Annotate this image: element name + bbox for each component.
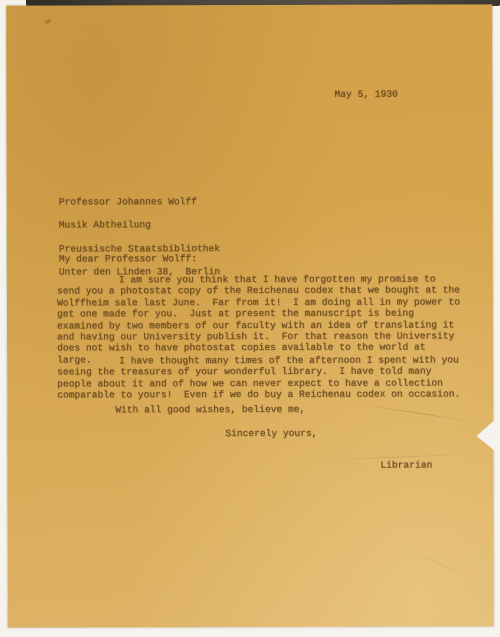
- letter-paper: May 5, 1930 Professor Johannes Wolff Mus…: [6, 4, 494, 627]
- salutation: My dear Professor Wolff:: [59, 253, 197, 265]
- body-paragraph-1: I am sure you think that I have forgotte…: [57, 273, 461, 365]
- ink-speck: [44, 18, 52, 24]
- recipient-name: Professor Johannes Wolff: [59, 196, 197, 207]
- signature-title: Librarian: [380, 460, 432, 472]
- paper-crease: [401, 546, 484, 583]
- paper-crease: [358, 403, 477, 422]
- closing-line: With all good wishes, believe me,: [115, 404, 305, 416]
- scanned-letter: May 5, 1930 Professor Johannes Wolff Mus…: [0, 0, 500, 637]
- letter-date: May 5, 1930: [334, 89, 397, 101]
- signoff-line: Sincerely yours,: [225, 428, 317, 440]
- paper-tear: [471, 419, 495, 451]
- body-paragraph-2: I have thought many times of the afterno…: [57, 354, 461, 401]
- recipient-department: Musik Abtheilung: [59, 220, 151, 231]
- recipient-address: Professor Johannes Wolff Musik Abtheilun…: [59, 196, 220, 278]
